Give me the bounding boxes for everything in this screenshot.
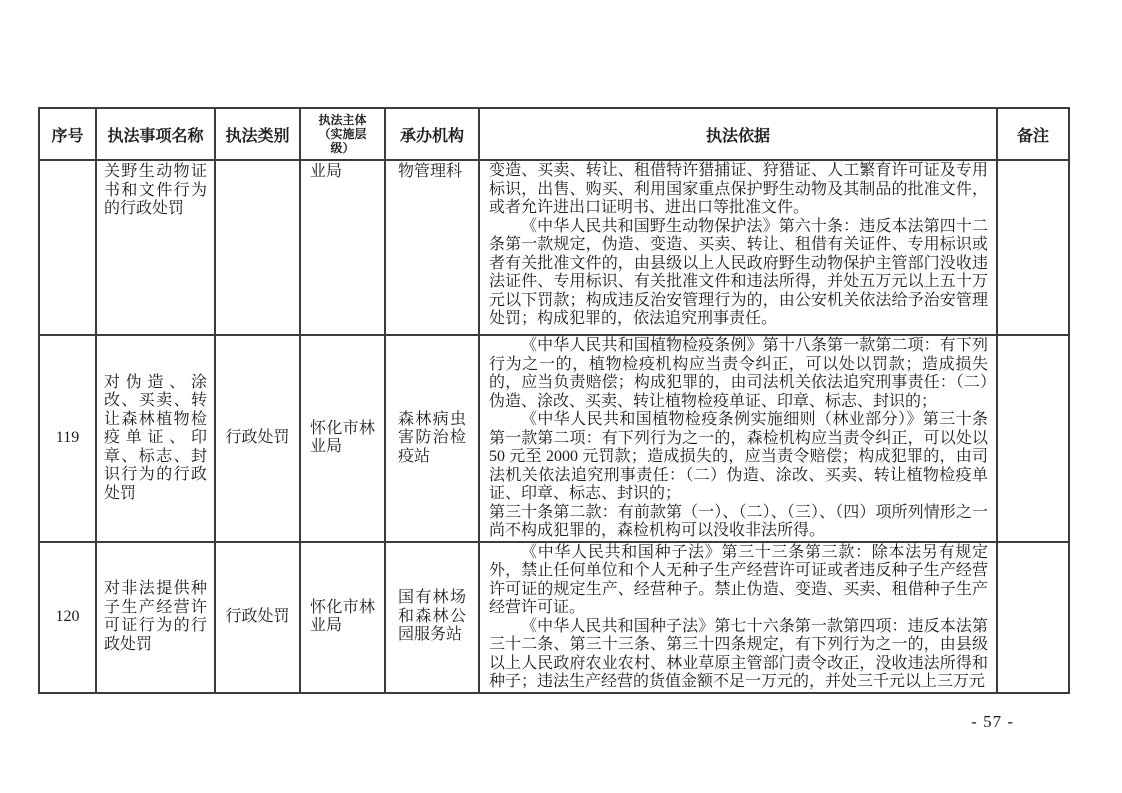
cell-remark bbox=[997, 160, 1069, 335]
legal-basis-paragraph: 《中华人民共和国种子法》第七十六条第一款第四项：违反本法第三十二条、第三十三条、… bbox=[489, 618, 988, 692]
col-header-agency: 承办机构 bbox=[385, 108, 479, 160]
cell-matter-name: 关野生动物证书和文件行为的行政处罚 bbox=[96, 160, 215, 335]
col-header-index: 序号 bbox=[39, 108, 96, 160]
cell-category: 行政处罚 bbox=[215, 542, 300, 693]
cell-subject: 怀化市林业局 bbox=[300, 335, 385, 542]
cell-remark bbox=[997, 542, 1069, 693]
legal-basis-paragraph: 变造、买卖、转让、租借特许猎捕证、狩猎证、人工繁育许可证及专用标识，出售、购买、… bbox=[489, 162, 988, 218]
page-number: - 57 - bbox=[971, 712, 1014, 732]
cell-subject: 业局 bbox=[300, 160, 385, 335]
legal-basis-paragraph: 《中华人民共和国种子法》第三十三条第三款：除本法另有规定外，禁止任何单位和个人无… bbox=[489, 544, 988, 618]
legal-basis-paragraph: 《中华人民共和国植物检疫条例》第十八条第一款第二项：有下列行为之一的，植物检疫机… bbox=[489, 337, 988, 411]
cell-legal-basis: 《中华人民共和国种子法》第三十三条第三款：除本法另有规定外，禁止任何单位和个人无… bbox=[479, 542, 997, 693]
cell-matter-name: 对非法提供种子生产经营许可证行为的行政处罚 bbox=[96, 542, 215, 693]
cell-category: 行政处罚 bbox=[215, 335, 300, 542]
cell-legal-basis: 《中华人民共和国植物检疫条例》第十八条第一款第二项：有下列行为之一的，植物检疫机… bbox=[479, 335, 997, 542]
col-header-category: 执法类别 bbox=[215, 108, 300, 160]
table-row-120: 120 对非法提供种子生产经营许可证行为的行政处罚 行政处罚 怀化市林业局 国有… bbox=[39, 542, 1069, 693]
legal-basis-paragraph: 《中华人民共和国植物检疫条例实施细则（林业部分）》第三十条第一款第二项：有下列行… bbox=[489, 411, 988, 504]
col-header-subject: 执法主体 （实施层 级） bbox=[300, 108, 385, 160]
cell-index: 120 bbox=[39, 542, 96, 693]
table-header-row: 序号 执法事项名称 执法类别 执法主体 （实施层 级） 承办机构 执法依据 备注 bbox=[39, 108, 1069, 160]
col-header-matter-name: 执法事项名称 bbox=[96, 108, 215, 160]
cell-agency: 森林病虫害防治检疫站 bbox=[385, 335, 479, 542]
cell-category bbox=[215, 160, 300, 335]
cell-subject: 怀化市林业局 bbox=[300, 542, 385, 693]
cell-index bbox=[39, 160, 96, 335]
cell-matter-name: 对伪造、涂改、买卖、转让森林植物检疫单证、印章、标志、封识行为的行政处罚 bbox=[96, 335, 215, 542]
cell-agency: 国有林场和森林公园服务站 bbox=[385, 542, 479, 693]
cell-agency: 物管理科 bbox=[385, 160, 479, 335]
enforcement-items-table: 序号 执法事项名称 执法类别 执法主体 （实施层 级） 承办机构 执法依据 备注… bbox=[38, 107, 1070, 694]
cell-legal-basis: 变造、买卖、转让、租借特许猎捕证、狩猎证、人工繁育许可证及专用标识，出售、购买、… bbox=[479, 160, 997, 335]
cell-index: 119 bbox=[39, 335, 96, 542]
document-page: 序号 执法事项名称 执法类别 执法主体 （实施层 级） 承办机构 执法依据 备注… bbox=[0, 0, 1122, 793]
col-header-basis: 执法依据 bbox=[479, 108, 997, 160]
table-row-119: 119 对伪造、涂改、买卖、转让森林植物检疫单证、印章、标志、封识行为的行政处罚… bbox=[39, 335, 1069, 542]
cell-remark bbox=[997, 335, 1069, 542]
legal-basis-paragraph: 第三十条第二款：有前款第（一）、（二）、（三）、（四）项所列情形之一尚不构成犯罪… bbox=[489, 504, 988, 541]
col-header-remark: 备注 bbox=[997, 108, 1069, 160]
table-row-continued: 关野生动物证书和文件行为的行政处罚 业局 物管理科 变造、买卖、转让、租借特许猎… bbox=[39, 160, 1069, 335]
legal-basis-paragraph: 《中华人民共和国野生动物保护法》第六十条：违反本法第四十二条第一款规定，伪造、变… bbox=[489, 218, 988, 329]
